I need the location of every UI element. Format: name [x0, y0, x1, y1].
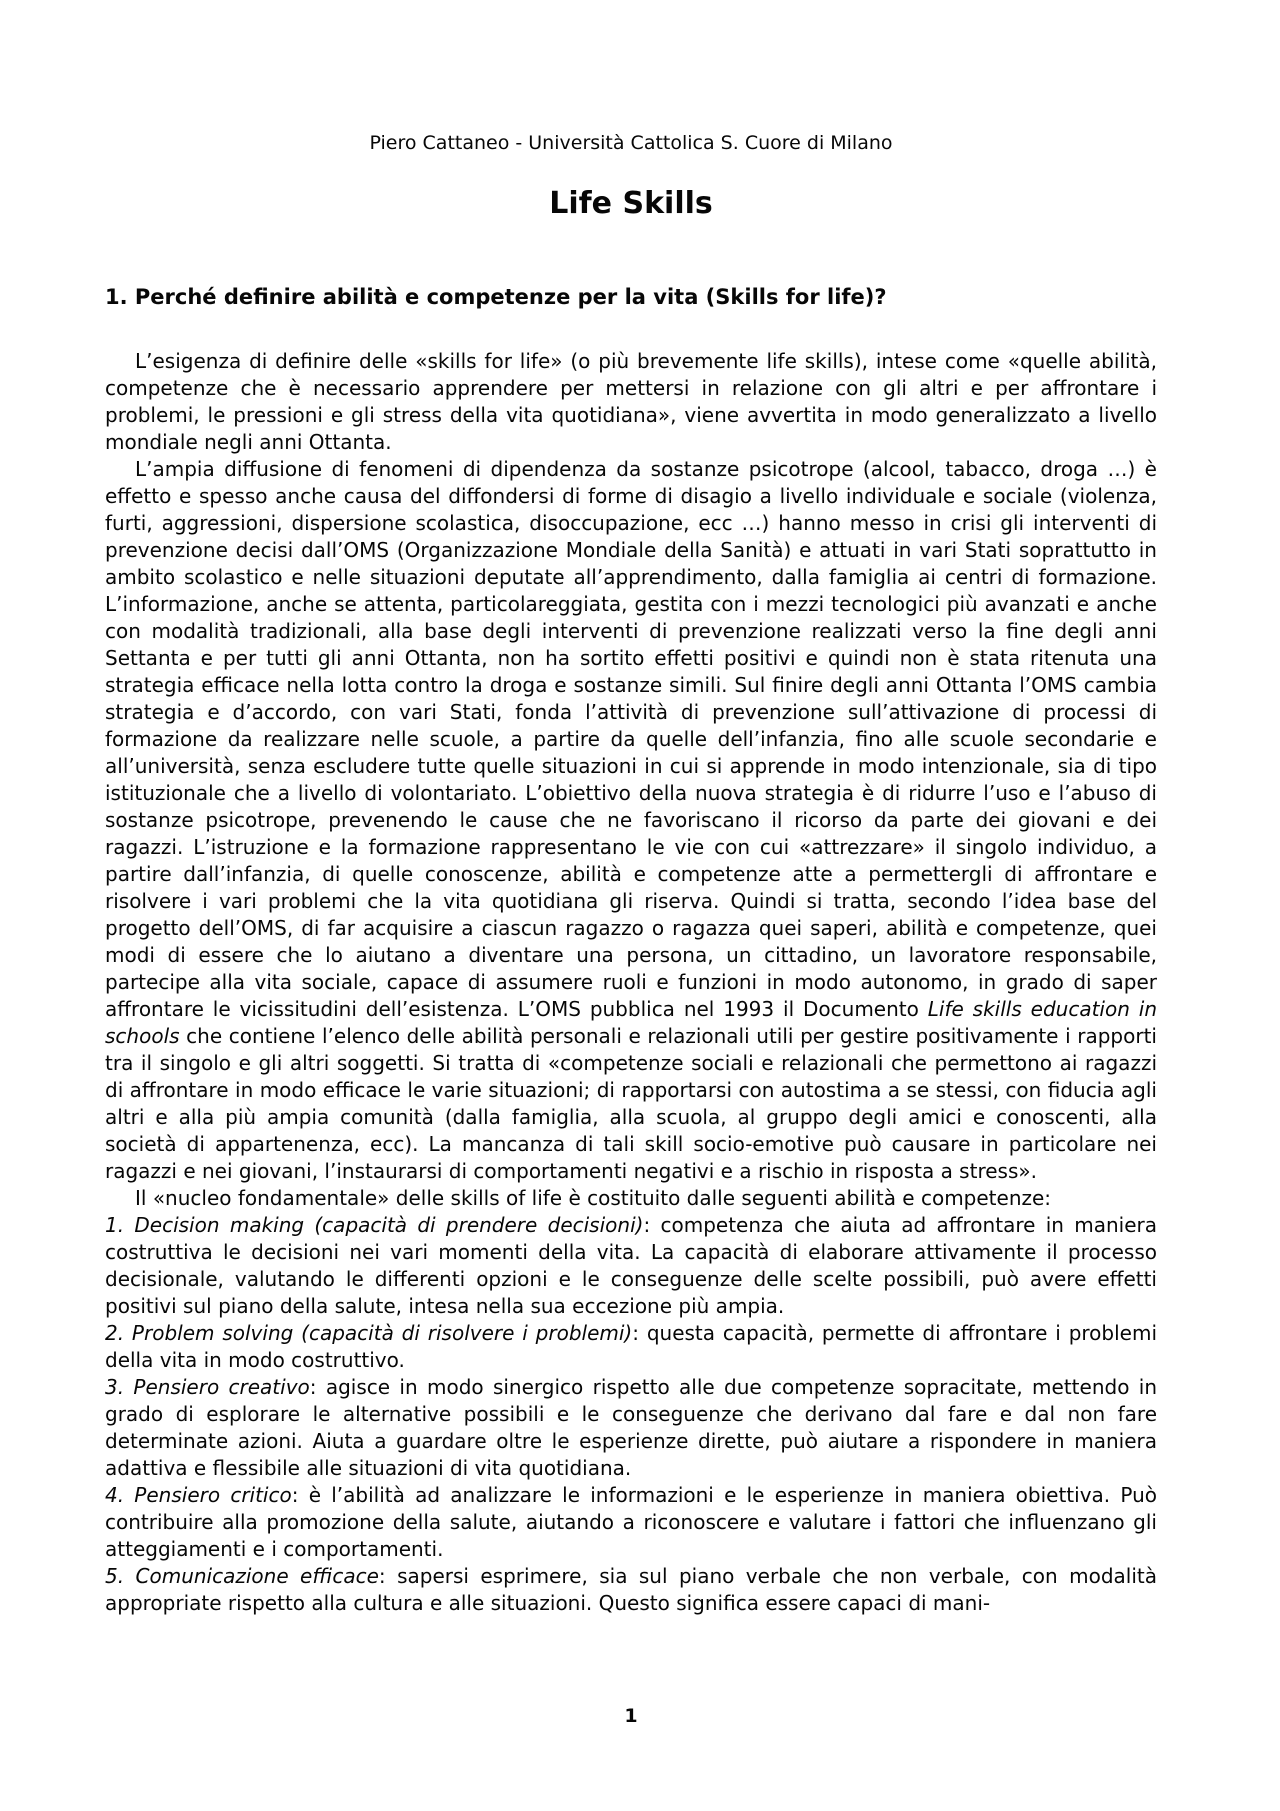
- paragraph-intro: L’esigenza di definire delle «skills for…: [105, 348, 1157, 456]
- paragraph-history: L’ampia diffusione di fenomeni di dipend…: [105, 456, 1157, 1185]
- document-header: Piero Cattaneo - Università Cattolica S.…: [105, 131, 1157, 156]
- document-title: Life Skills: [105, 187, 1157, 221]
- list-item-lead: 1. Decision making (capacità di prendere…: [105, 1213, 643, 1237]
- list-item-lead: 3. Pensiero creativo: [105, 1375, 310, 1399]
- list-item-decision-making: 1. Decision making (capacità di prendere…: [105, 1212, 1157, 1320]
- list-item-lead: 5. Comunicazione efficace: [105, 1564, 379, 1588]
- paragraph-history-text-post: che contiene l’elenco delle abilità pers…: [105, 1024, 1157, 1183]
- paragraph-core-list-intro: Il «nucleo fondamentale» delle skills of…: [105, 1185, 1157, 1212]
- paragraph-intro-text: L’esigenza di definire delle «skills for…: [105, 349, 1157, 454]
- body-text: L’esigenza di definire delle «skills for…: [105, 348, 1157, 1617]
- page-number: 1: [105, 1705, 1157, 1727]
- list-item-problem-solving: 2. Problem solving (capacità di risolver…: [105, 1320, 1157, 1374]
- list-item-pensiero-creativo: 3. Pensiero creativo: agisce in modo sin…: [105, 1374, 1157, 1482]
- list-item-pensiero-critico: 4. Pensiero critico: è l’abilità ad anal…: [105, 1482, 1157, 1563]
- paragraph-history-text-pre: L’ampia diffusione di fenomeni di dipend…: [105, 457, 1157, 1021]
- list-item-lead: 2. Problem solving (capacità di risolver…: [105, 1321, 632, 1345]
- list-item-comunicazione-efficace: 5. Comunicazione efficace: sapersi espri…: [105, 1563, 1157, 1617]
- paragraph-core-list-intro-text: Il «nucleo fondamentale» delle skills of…: [135, 1186, 1051, 1210]
- document-page: Piero Cattaneo - Università Cattolica S.…: [0, 0, 1280, 1811]
- document-content: Piero Cattaneo - Università Cattolica S.…: [105, 0, 1157, 1617]
- list-item-lead: 4. Pensiero critico: [105, 1483, 292, 1507]
- section-heading: 1. Perché definire abilità e competenze …: [105, 284, 1157, 311]
